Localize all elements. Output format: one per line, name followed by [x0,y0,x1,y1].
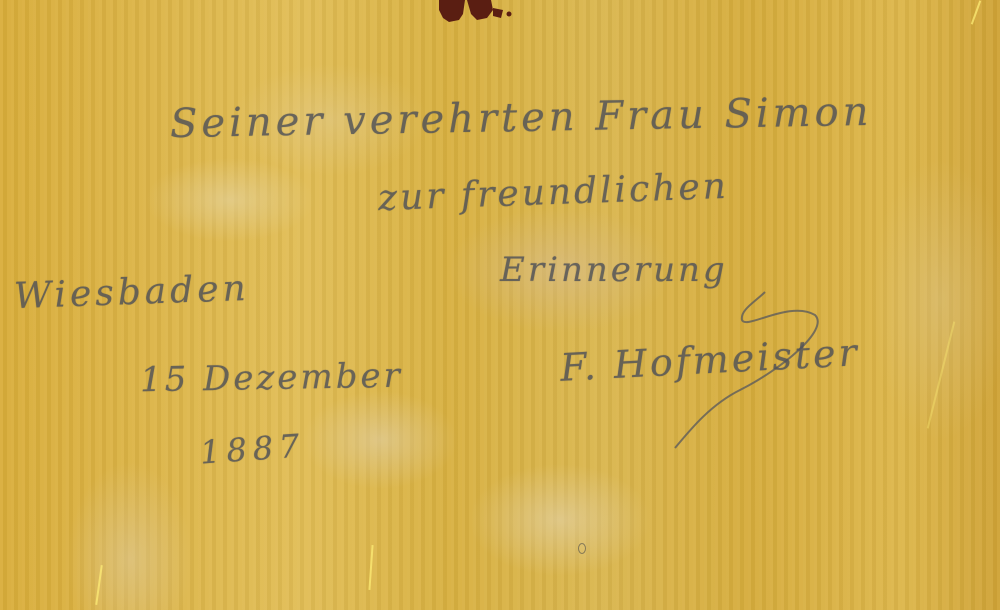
surface-scratch [927,321,956,428]
dedication-line-1: Seiner verehrten Frau Simon [170,89,873,147]
ink-stain [435,0,513,24]
date-text: 15 Dezember [140,356,404,401]
year-text: 1887 [199,426,307,471]
pencil-mark [578,543,586,554]
dedication-line-2: zur freundlichen [377,166,729,219]
surface-scratch [95,565,103,605]
aged-yellow-surface: Seiner verehrten Frau Simon zur freundli… [0,0,1000,610]
surface-scratch [971,0,981,24]
dedication-line-3: Erinnerung [500,250,728,290]
surface-scratch [368,545,373,590]
place-name: Wiesbaden [13,268,250,317]
